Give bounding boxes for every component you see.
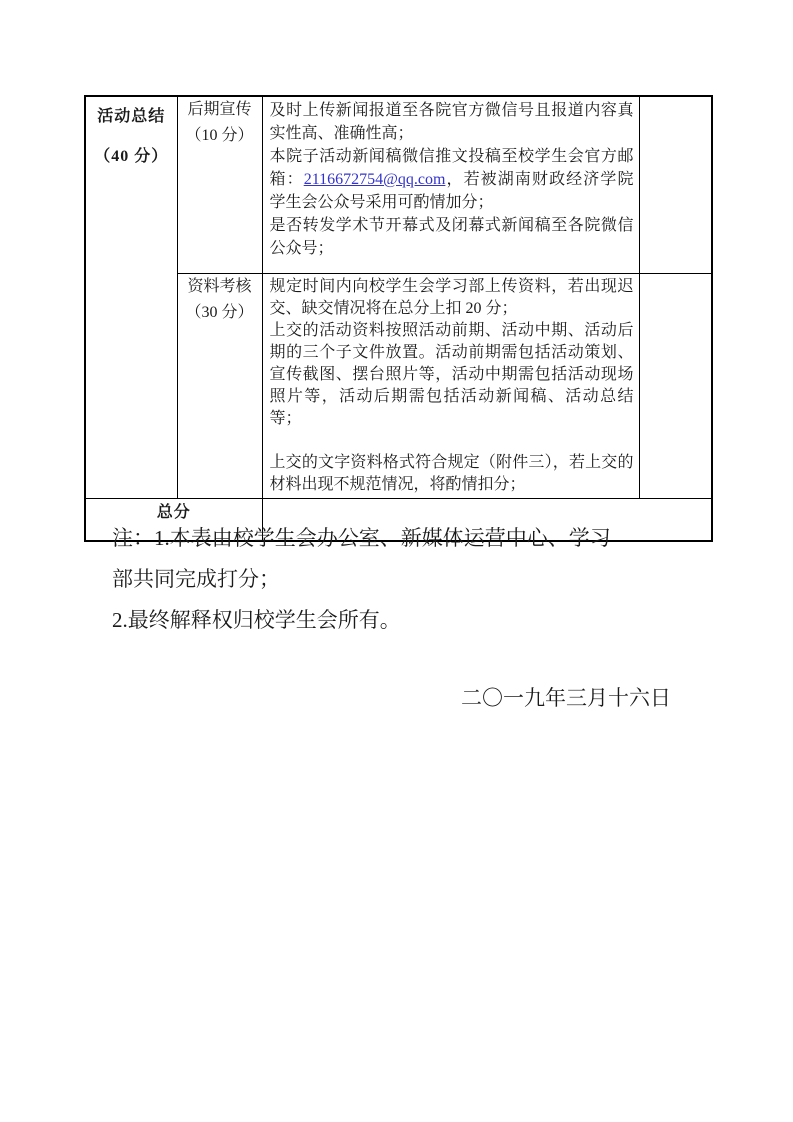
row-points: （30 分）: [178, 300, 262, 326]
criteria-paragraph: 及时上传新闻报道至各院官方微信号且报道内容真实性高、准确性高；: [270, 99, 634, 145]
criteria-paragraph: 上交的文字资料格式符合规定（附件三），若上交的材料出现不规范情况，将酌情扣分；: [270, 452, 634, 496]
date-line: 二〇一九年三月十六日: [0, 683, 671, 713]
score-cell-materials: [639, 273, 712, 498]
criteria-paragraph-with-link: 本院子活动新闻稿微信推文投稿至校学生会官方邮箱：2116672754@qq.co…: [270, 145, 634, 214]
criteria-paragraph: 上交的活动资料按照活动前期、活动中期、活动后期的三个子文件放置。活动前期需包括活…: [270, 320, 634, 430]
evaluation-table: 活动总结 （40 分） 后期宣传 （10 分） 及时上传新闻报道至各院官方微信号…: [84, 95, 713, 542]
score-cell-publicity: [639, 96, 712, 273]
criteria-cell-publicity: 及时上传新闻报道至各院官方微信号且报道内容真实性高、准确性高； 本院子活动新闻稿…: [262, 96, 639, 273]
row-label: 后期宣传: [178, 97, 262, 123]
row-label: 资料考核: [178, 274, 262, 300]
row-label-cell-materials: 资料考核 （30 分）: [177, 273, 262, 498]
group-points: （40 分）: [86, 137, 177, 177]
note-line-1: 注：1.本表由校学生会办公室、新媒体运营中心、学习: [112, 518, 672, 559]
group-title: 活动总结: [86, 97, 177, 137]
criteria-paragraph: 规定时间内向校学生会学习部上传资料，若出现迟交、缺交情况将在总分上扣 20 分；: [270, 276, 634, 320]
note-line-2: 部共同完成打分；: [112, 559, 672, 600]
table-row-materials: 资料考核 （30 分） 规定时间内向校学生会学习部上传资料，若出现迟交、缺交情况…: [85, 273, 712, 498]
row-label-cell-publicity: 后期宣传 （10 分）: [177, 96, 262, 273]
criteria-paragraph: 是否转发学术节开幕式及闭幕式新闻稿至各院微信公众号；: [270, 214, 634, 260]
email-link[interactable]: 2116672754@qq.com: [304, 171, 446, 188]
group-header-cell: 活动总结 （40 分）: [85, 96, 177, 498]
criteria-cell-materials: 规定时间内向校学生会学习部上传资料，若出现迟交、缺交情况将在总分上扣 20 分；…: [262, 273, 639, 498]
document-page: 活动总结 （40 分） 后期宣传 （10 分） 及时上传新闻报道至各院官方微信号…: [0, 0, 793, 1122]
row-points: （10 分）: [178, 123, 262, 149]
notes: 注：1.本表由校学生会办公室、新媒体运营中心、学习 部共同完成打分； 2.最终解…: [112, 518, 672, 641]
table-row-publicity: 活动总结 （40 分） 后期宣传 （10 分） 及时上传新闻报道至各院官方微信号…: [85, 96, 712, 273]
note-line-3: 2.最终解释权归校学生会所有。: [112, 600, 672, 641]
